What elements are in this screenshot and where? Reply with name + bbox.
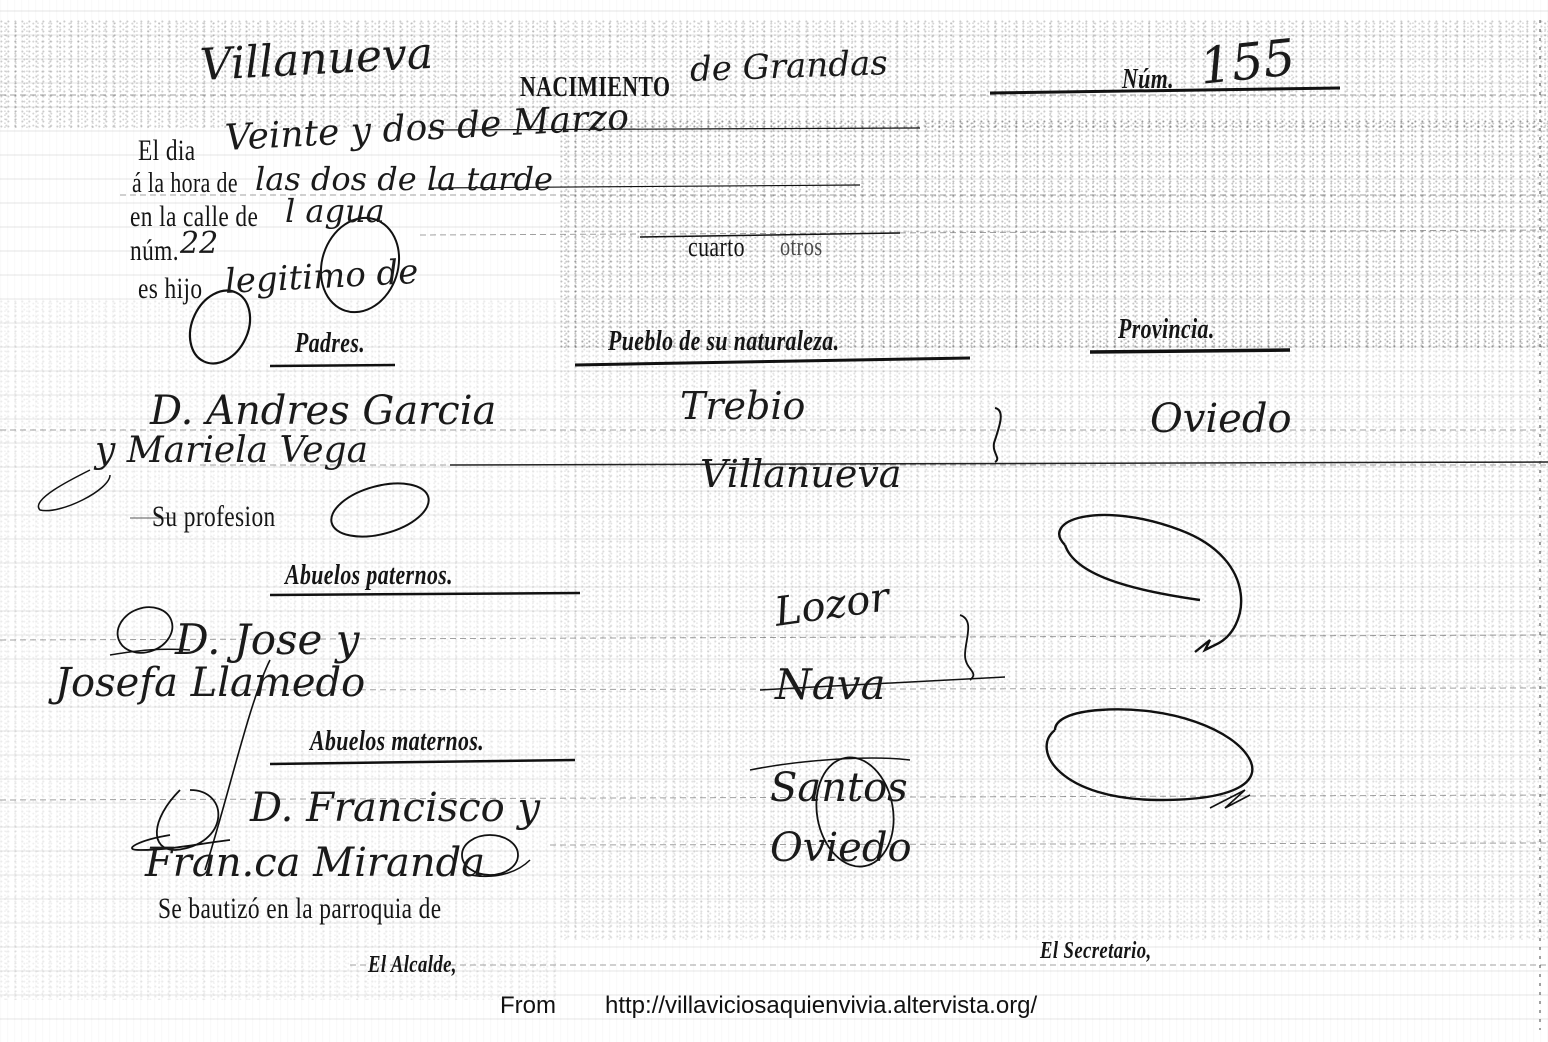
abuela-paterna-pueblo: Nava (775, 660, 886, 709)
source-from-label: From (500, 992, 556, 1020)
header-title-suffix-handwritten: de Grandas (689, 43, 888, 90)
calle-value: l agua (285, 192, 385, 230)
pueblo-heading: Pueblo de su naturaleza. (608, 326, 839, 358)
source-url-link[interactable]: http://villaviciosaquienvivia.altervista… (605, 992, 1037, 1020)
abuelo-paterno-name: D. Jose y (175, 615, 360, 664)
abuela-materna-pueblo: Oviedo (770, 825, 912, 871)
cuarto-value: otros (780, 232, 823, 262)
padre-pueblo: Trebio (680, 384, 805, 428)
num-value: 22 (180, 226, 218, 261)
dia-label: El dia (138, 134, 196, 168)
padre-name: D. Andres Garcia (150, 388, 496, 434)
birth-record-page: Villanueva NACIMIENTO de Grandas Núm. 15… (0, 0, 1548, 1042)
profesion-label: Su profesion (152, 500, 276, 534)
record-number: 155 (1197, 28, 1298, 96)
bautizo-label: Se bautizó en la parroquia de (158, 892, 442, 926)
number-label: Núm. (1122, 64, 1174, 96)
hora-label: á la hora de (132, 168, 238, 200)
padre-provincia: Oviedo (1150, 396, 1292, 442)
alcalde-label: El Alcalde, (368, 952, 457, 979)
num-label: núm. (130, 234, 179, 268)
abuelos-paternos-heading: Abuelos paternos. (285, 560, 453, 592)
madre-pueblo: Villanueva (700, 452, 901, 496)
abuela-materna-name: Fran.ca Miranda (145, 840, 485, 886)
hijo-label: es hijo (138, 272, 202, 306)
secretario-label: El Secretario, (1040, 938, 1152, 965)
cuarto-label: cuarto (688, 232, 745, 264)
padres-heading: Padres. (295, 328, 365, 360)
abuela-paterna-name: Josefa Llamedo (55, 660, 365, 706)
abuelos-maternos-heading: Abuelos maternos. (310, 726, 484, 758)
abuelo-materno-name: D. Francisco y (250, 785, 540, 831)
provincia-heading: Provincia. (1118, 314, 1215, 346)
abuelo-materno-pueblo: Santos (770, 765, 908, 811)
madre-name: y Mariela Vega (95, 430, 368, 471)
